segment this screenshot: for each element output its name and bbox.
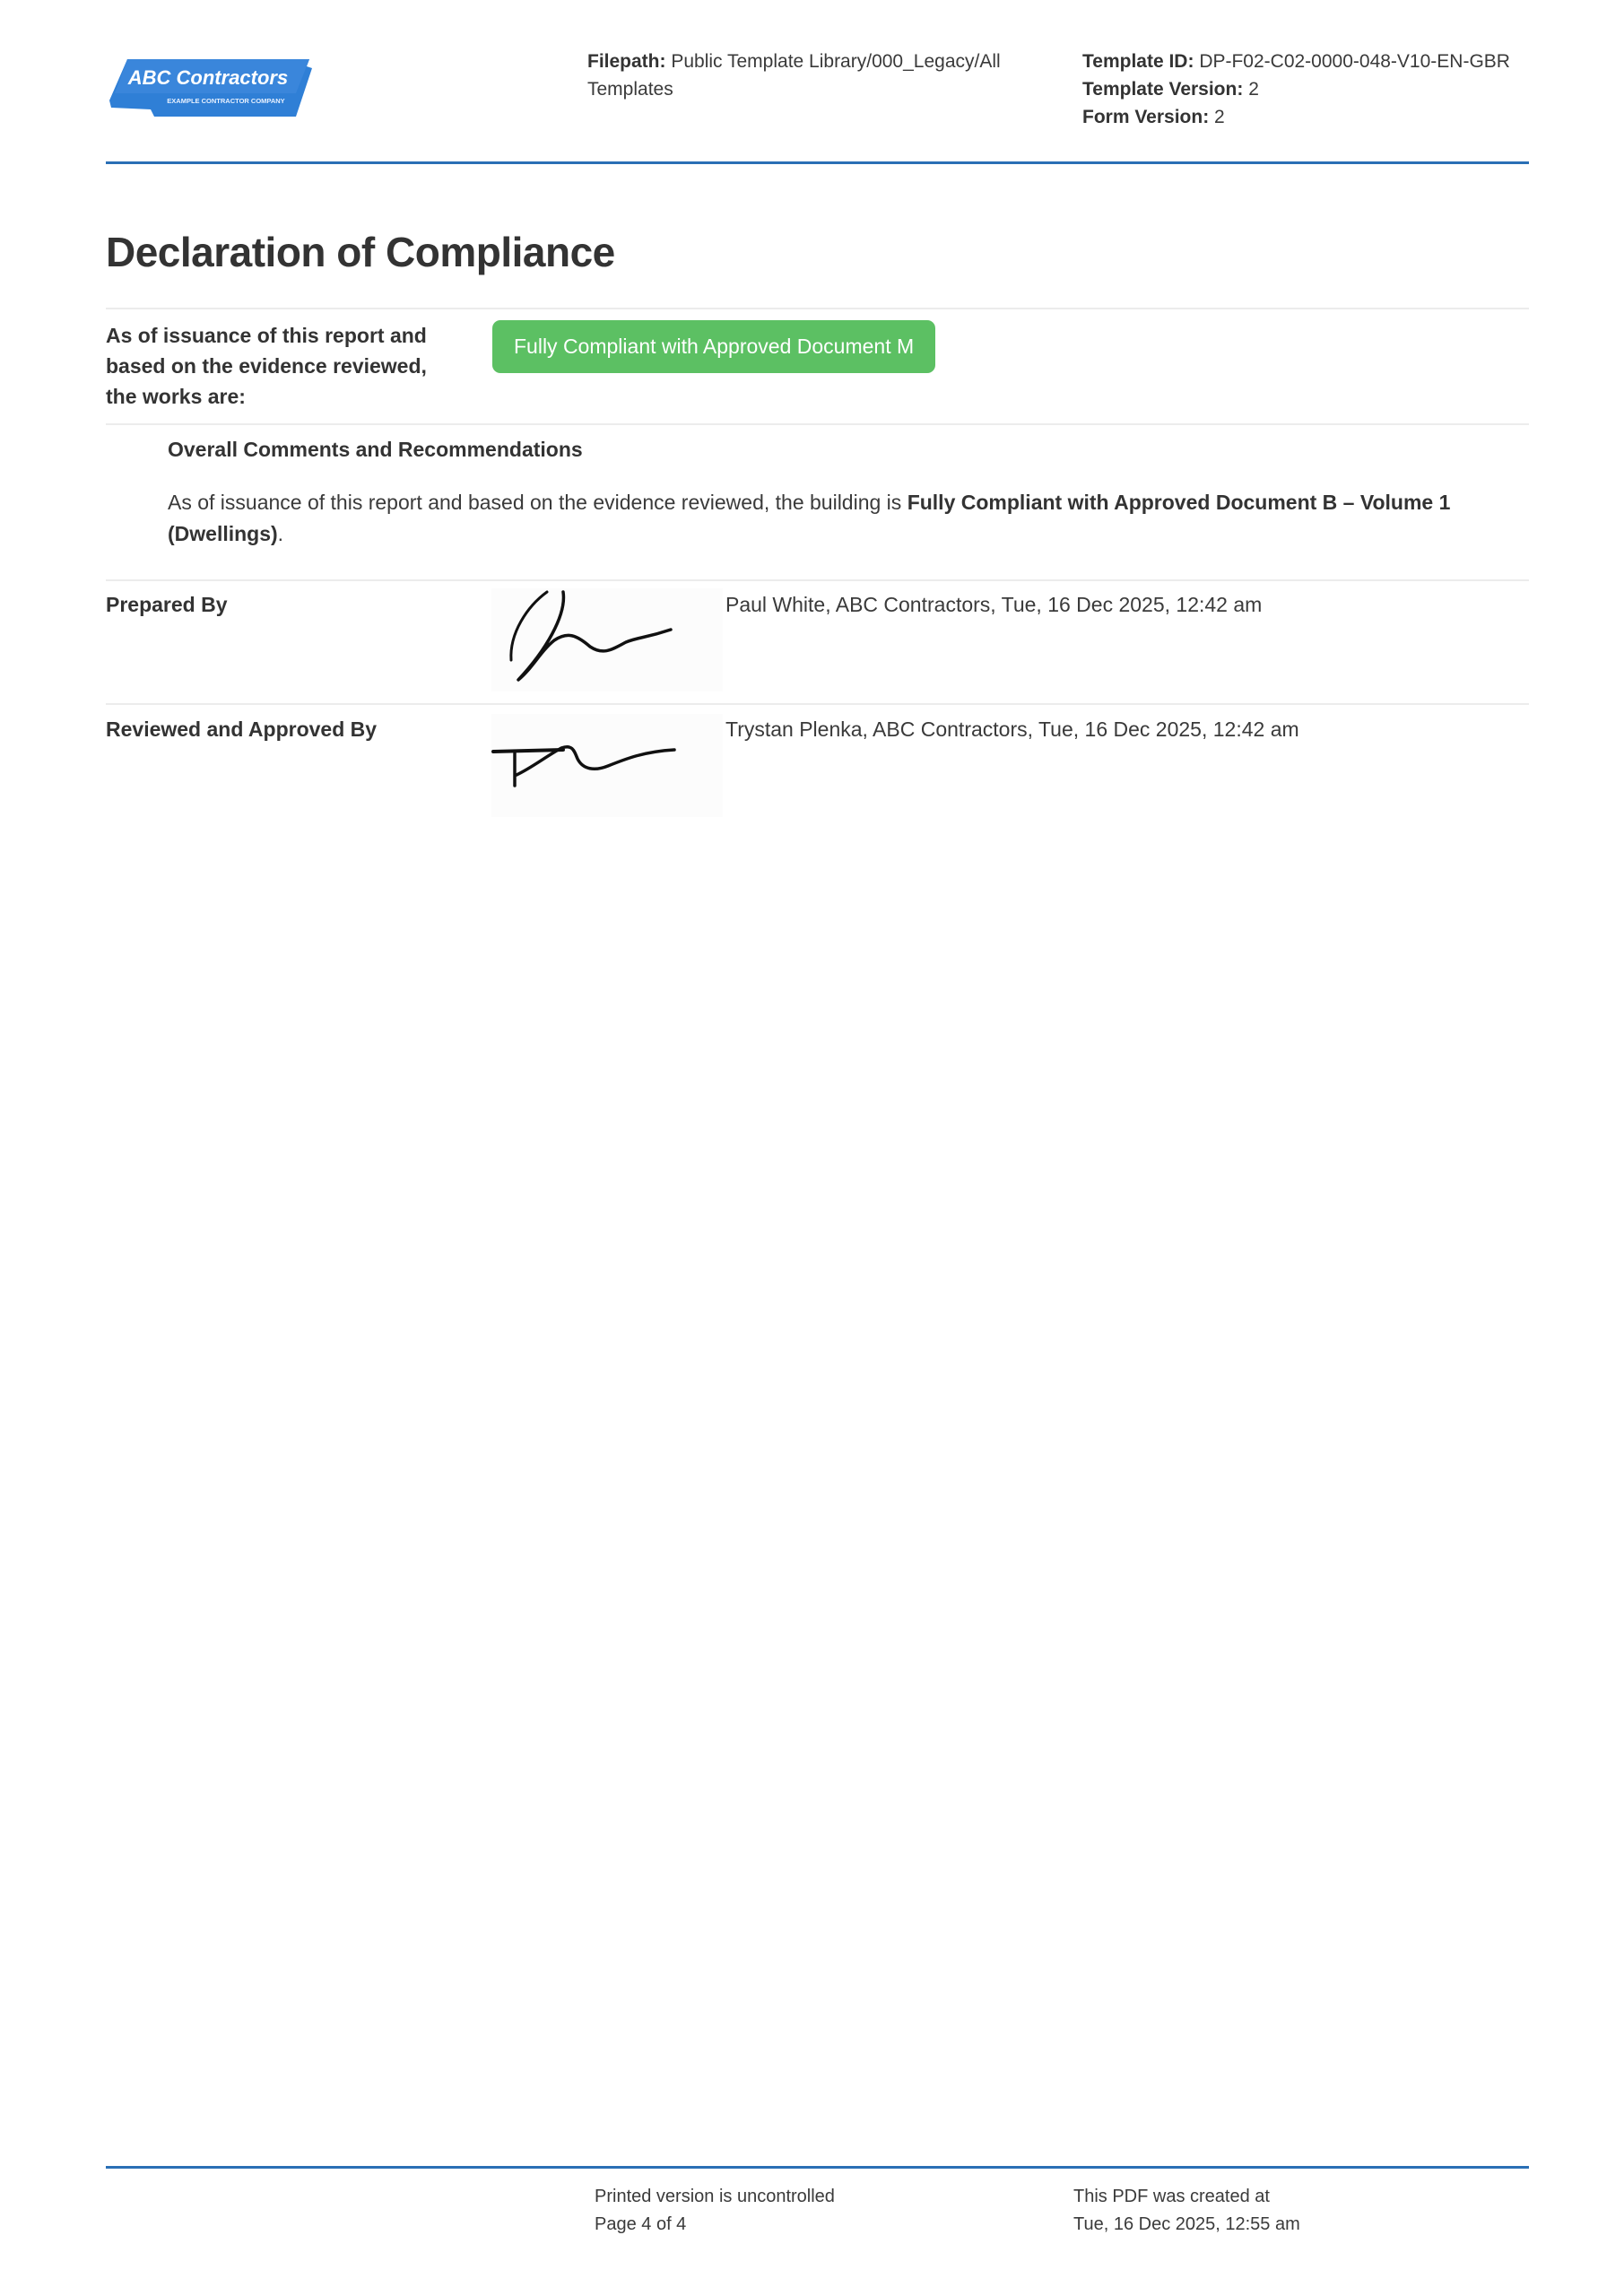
uncontrolled-notice: Printed version is uncontrolled [595,2183,835,2211]
filepath-label: Filepath: [587,51,666,72]
page-title: Declaration of Compliance [106,228,615,276]
created-label: This PDF was created at [1073,2183,1300,2211]
svg-text:ABC Contractors: ABC Contractors [127,66,288,89]
reviewed-by-details: Trystan Plenka, ABC Contractors, Tue, 16… [725,717,1299,742]
prepared-by-signature [491,588,723,691]
footer-divider [106,2166,1529,2169]
footer-created-info: This PDF was created at Tue, 16 Dec 2025… [1073,2183,1300,2239]
svg-text:EXAMPLE CONTRACTOR COMPANY: EXAMPLE CONTRACTOR COMPANY [167,97,284,105]
footer-page-info: Printed version is uncontrolled Page 4 o… [595,2183,835,2239]
created-timestamp: Tue, 16 Dec 2025, 12:55 am [1073,2211,1300,2239]
prepared-by-label: Prepared By [106,593,228,617]
section-divider [106,703,1529,705]
comments-heading: Overall Comments and Recommendations [168,438,583,462]
compliance-status-badge: Fully Compliant with Approved Document M [492,320,935,373]
reviewed-by-signature [491,714,723,817]
reviewed-by-label: Reviewed and Approved By [106,717,377,742]
form-version: Form Version: 2 [1082,103,1585,131]
page-indicator: Page 4 of 4 [595,2211,835,2239]
abc-contractors-logo-icon: ABC Contractors EXAMPLE CONTRACTOR COMPA… [108,57,314,118]
filepath-block: Filepath: Public Template Library/000_Le… [587,48,1036,103]
section-divider [106,308,1529,309]
company-logo: ABC Contractors EXAMPLE CONTRACTOR COMPA… [108,57,314,118]
template-id: Template ID: DP-F02-C02-0000-048-V10-EN-… [1082,48,1585,75]
section-divider [106,579,1529,581]
template-version: Template Version: 2 [1082,75,1585,103]
handwritten-signature-icon [491,588,723,691]
prepared-by-details: Paul White, ABC Contractors, Tue, 16 Dec… [725,593,1262,617]
compliance-question-label: As of issuance of this report and based … [106,320,447,412]
section-divider [106,423,1529,425]
comments-body: As of issuance of this report and based … [168,487,1513,550]
template-meta-block: Template ID: DP-F02-C02-0000-048-V10-EN-… [1082,48,1585,131]
header-divider [106,161,1529,164]
handwritten-signature-icon [491,714,723,817]
